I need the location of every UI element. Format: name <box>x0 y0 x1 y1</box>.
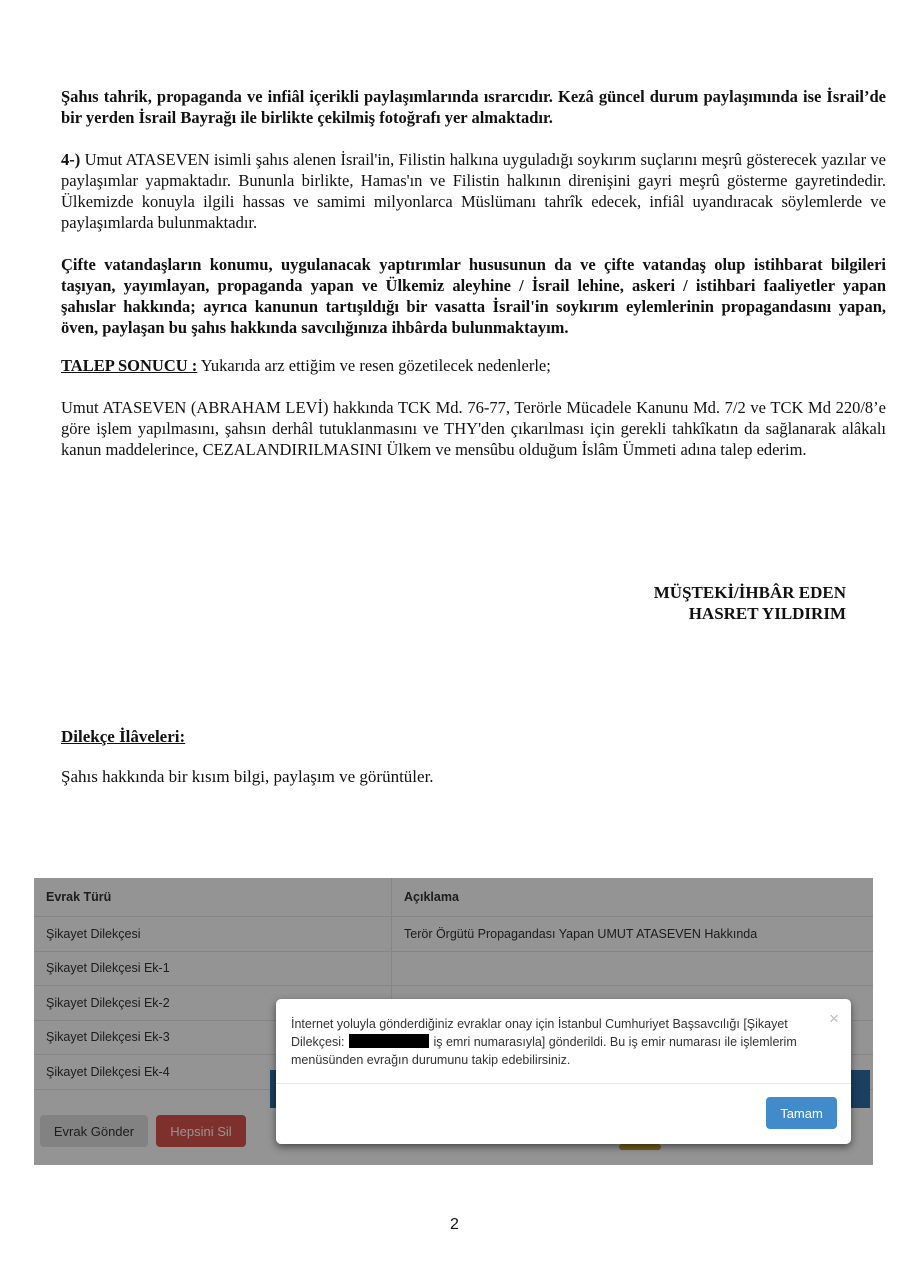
confirmation-dialog: İnternet yoluyla gönderdiğiniz evraklar … <box>276 999 851 1144</box>
embedded-screenshot: Evrak Türü Açıklama Şikayet Dilekçesi Te… <box>34 878 873 1165</box>
annex-text: Şahıs hakkında bir kısım bilgi, paylaşım… <box>61 767 434 787</box>
paragraph-5: Umut ATASEVEN (ABRAHAM LEVİ) hakkında TC… <box>61 397 886 460</box>
paragraph-2: 4-) Umut ATASEVEN isimli şahıs alenen İs… <box>61 149 886 233</box>
paragraph-1-text: Şahıs tahrik, propaganda ve infiâl içeri… <box>61 86 886 128</box>
paragraph-2-text: Umut ATASEVEN isimli şahıs alenen İsrail… <box>61 150 886 232</box>
paragraph-1: Şahıs tahrik, propaganda ve infiâl içeri… <box>61 86 886 128</box>
annex-title: Dilekçe İlâveleri: <box>61 727 185 747</box>
request-result-label: TALEP SONUCU : <box>61 356 197 375</box>
paragraph-5-text: Umut ATASEVEN (ABRAHAM LEVİ) hakkında TC… <box>61 397 886 460</box>
close-icon[interactable]: × <box>829 1009 839 1029</box>
signature-role: MÜŞTEKİ/İHBÂR EDEN <box>654 582 846 603</box>
dialog-divider <box>276 1083 851 1084</box>
signature-block: MÜŞTEKİ/İHBÂR EDEN HASRET YILDIRIM <box>654 582 846 624</box>
dialog-message: İnternet yoluyla gönderdiğiniz evraklar … <box>291 1015 801 1069</box>
paragraph-3: Çifte vatandaşların konumu, uygulanacak … <box>61 254 886 338</box>
signature-name: HASRET YILDIRIM <box>654 603 846 624</box>
item-number: 4-) <box>61 150 80 169</box>
page-number: 2 <box>450 1216 459 1234</box>
ok-button[interactable]: Tamam <box>766 1097 837 1129</box>
redacted-work-order-number <box>349 1034 429 1048</box>
paragraph-3-text: Çifte vatandaşların konumu, uygulanacak … <box>61 254 886 338</box>
request-result: TALEP SONUCU : Yukarıda arz ettiğim ve r… <box>61 355 886 376</box>
request-result-text: Yukarıda arz ettiğim ve resen gözetilece… <box>197 356 551 375</box>
